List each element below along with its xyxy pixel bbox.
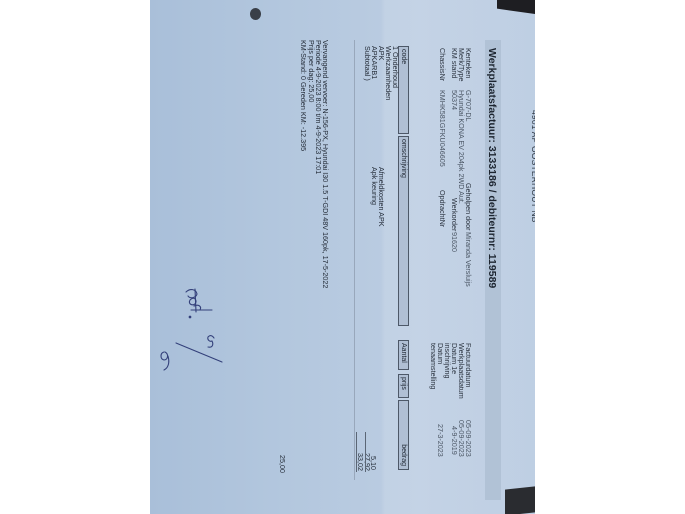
- invoice-photo: 4901 AP OOSTERHOUT NB Werkplaatsfactuur:…: [150, 0, 535, 514]
- handwritten-note: [150, 0, 535, 514]
